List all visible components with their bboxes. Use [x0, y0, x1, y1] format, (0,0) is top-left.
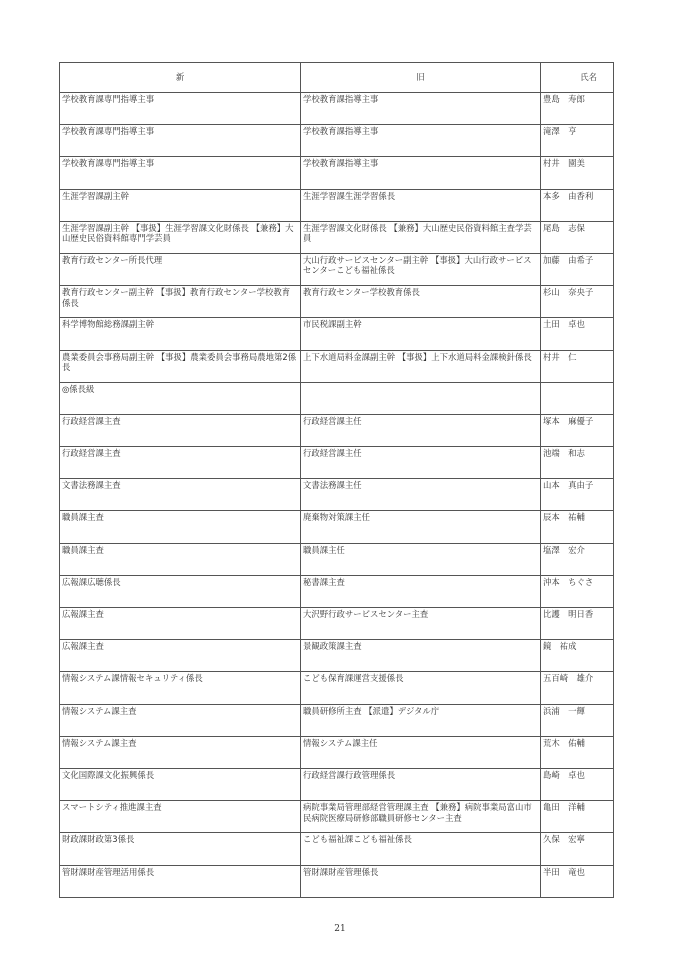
cell-name: 半田 竜也 [541, 865, 614, 898]
cell-name: 本多 由香利 [541, 189, 614, 221]
cell-name: 比護 明日香 [541, 608, 614, 640]
cell-name: 池端 和志 [541, 447, 614, 479]
cell-new-position: 農業委員会事務局副主幹 【事扱】農業委員会事務局農地第2係長 [60, 350, 301, 382]
table-row: 行政経営課主査行政経営課主任池端 和志 [60, 447, 614, 479]
cell-new-position: 教育行政センター所長代理 [60, 253, 301, 285]
cell-new-position: 生涯学習課副主幹 [60, 189, 301, 221]
cell-new-position: 文化国際課文化振興係長 [60, 768, 301, 800]
cell-old-position: 市民税課副主幹 [301, 318, 541, 350]
cell-new-position: 広報課主査 [60, 608, 301, 640]
table-body: 学校教育課専門指導主事学校教育課指導主事豊島 寿郎学校教育課専門指導主事学校教育… [60, 93, 614, 898]
cell-new-position: 職員課主査 [60, 511, 301, 543]
cell-name: 山本 真由子 [541, 479, 614, 511]
cell-new-position: ◎係長級 [60, 382, 301, 414]
cell-old-position: 学校教育課指導主事 [301, 125, 541, 157]
header-old-position: 旧 [301, 63, 541, 93]
cell-old-position: 景観政策課主査 [301, 640, 541, 672]
page-number: 21 [0, 924, 680, 934]
cell-name: 久保 宏寧 [541, 833, 614, 865]
cell-old-position: 病院事業局管理部経営管理課主査 【兼務】病院事業局富山市民病院医療局研修部職員研… [301, 801, 541, 833]
cell-new-position: 行政経営課主査 [60, 414, 301, 446]
cell-old-position: 職員研修所主査 【派遣】デジタル庁 [301, 704, 541, 736]
cell-old-position: 上下水道局料金課副主幹 【事扱】上下水道局料金課検針係長 [301, 350, 541, 382]
cell-old-position: 行政経営課主任 [301, 447, 541, 479]
cell-new-position: スマートシティ推進課主査 [60, 801, 301, 833]
cell-name: 土田 卓也 [541, 318, 614, 350]
cell-new-position: 情報システム課主査 [60, 704, 301, 736]
table-row: 学校教育課専門指導主事学校教育課指導主事豊島 寿郎 [60, 93, 614, 125]
cell-name: 五百崎 雄介 [541, 672, 614, 704]
cell-name: 村井 仁 [541, 350, 614, 382]
cell-new-position: 学校教育課専門指導主事 [60, 93, 301, 125]
table-row: 情報システム課主査職員研修所主査 【派遣】デジタル庁浜浦 一輝 [60, 704, 614, 736]
cell-name: 鏡 祐成 [541, 640, 614, 672]
cell-name: 尾島 志保 [541, 221, 614, 253]
table-row: 教育行政センター副主幹 【事扱】教育行政センター学校教育係長教育行政センター学校… [60, 286, 614, 318]
cell-old-position: 教育行政センター学校教育係長 [301, 286, 541, 318]
header-new-position: 新 [60, 63, 301, 93]
cell-old-position: 行政経営課主任 [301, 414, 541, 446]
cell-old-position: 行政経営課行政管理係長 [301, 768, 541, 800]
cell-new-position: 情報システム課情報セキュリティ係長 [60, 672, 301, 704]
cell-new-position: 科学博物館総務課副主幹 [60, 318, 301, 350]
cell-new-position: 広報課主査 [60, 640, 301, 672]
cell-new-position: 管財課財産管理活用係長 [60, 865, 301, 898]
cell-name: 村井 園美 [541, 157, 614, 189]
cell-name [541, 382, 614, 414]
table-row: 生涯学習課副主幹 【事扱】生涯学習課文化財係長 【兼務】大山歴史民俗資料館専門学… [60, 221, 614, 253]
cell-old-position [301, 382, 541, 414]
table-row: 文化国際課文化振興係長行政経営課行政管理係長島崎 卓也 [60, 768, 614, 800]
cell-old-position: 大沢野行政サービスセンター主査 [301, 608, 541, 640]
cell-name: 辰本 祐輔 [541, 511, 614, 543]
table-row: 広報課主査大沢野行政サービスセンター主査比護 明日香 [60, 608, 614, 640]
table-row: ◎係長級 [60, 382, 614, 414]
table-row: 情報システム課主査情報システム課主任荒木 佑輔 [60, 736, 614, 768]
table-row: 管財課財産管理活用係長管財課財産管理係長半田 竜也 [60, 865, 614, 898]
cell-new-position: 学校教育課専門指導主事 [60, 125, 301, 157]
cell-new-position: 職員課主査 [60, 543, 301, 575]
table-row: 広報課主査景観政策課主査鏡 祐成 [60, 640, 614, 672]
cell-name: 沖本 ちぐさ [541, 575, 614, 607]
table-row: 職員課主査職員課主任塩澤 宏介 [60, 543, 614, 575]
cell-name: 塚本 麻優子 [541, 414, 614, 446]
table-row: 学校教育課専門指導主事学校教育課指導主事村井 園美 [60, 157, 614, 189]
cell-old-position: こども福祉課こども福祉係長 [301, 833, 541, 865]
personnel-changes-table: 新 旧 氏名 学校教育課専門指導主事学校教育課指導主事豊島 寿郎学校教育課専門指… [59, 62, 614, 898]
table-row: スマートシティ推進課主査病院事業局管理部経営管理課主査 【兼務】病院事業局富山市… [60, 801, 614, 833]
cell-new-position: 財政課財政第3係長 [60, 833, 301, 865]
cell-old-position: 廃棄物対策課主任 [301, 511, 541, 543]
table-row: 広報課広聴係長秘書課主査沖本 ちぐさ [60, 575, 614, 607]
cell-old-position: 生涯学習課生涯学習係長 [301, 189, 541, 221]
cell-old-position: こども保育課運営支援係長 [301, 672, 541, 704]
cell-new-position: 文書法務課主査 [60, 479, 301, 511]
cell-new-position: 教育行政センター副主幹 【事扱】教育行政センター学校教育係長 [60, 286, 301, 318]
table-row: 財政課財政第3係長こども福祉課こども福祉係長久保 宏寧 [60, 833, 614, 865]
table-row: 行政経営課主査行政経営課主任塚本 麻優子 [60, 414, 614, 446]
table-header-row: 新 旧 氏名 [60, 63, 614, 93]
cell-old-position: 情報システム課主任 [301, 736, 541, 768]
table-row: 文書法務課主査文書法務課主任山本 真由子 [60, 479, 614, 511]
cell-old-position: 大山行政サービスセンター副主幹 【事扱】大山行政サービスセンターこども福祉係長 [301, 253, 541, 285]
cell-old-position: 学校教育課指導主事 [301, 157, 541, 189]
cell-name: 豊島 寿郎 [541, 93, 614, 125]
cell-name: 滝澤 亨 [541, 125, 614, 157]
table-row: 職員課主査廃棄物対策課主任辰本 祐輔 [60, 511, 614, 543]
cell-name: 加藤 由希子 [541, 253, 614, 285]
cell-name: 亀田 洋輔 [541, 801, 614, 833]
cell-name: 塩澤 宏介 [541, 543, 614, 575]
cell-name: 島崎 卓也 [541, 768, 614, 800]
cell-old-position: 学校教育課指導主事 [301, 93, 541, 125]
table-row: 教育行政センター所長代理大山行政サービスセンター副主幹 【事扱】大山行政サービス… [60, 253, 614, 285]
table-row: 学校教育課専門指導主事学校教育課指導主事滝澤 亨 [60, 125, 614, 157]
cell-name: 浜浦 一輝 [541, 704, 614, 736]
cell-new-position: 学校教育課専門指導主事 [60, 157, 301, 189]
table-row: 生涯学習課副主幹生涯学習課生涯学習係長本多 由香利 [60, 189, 614, 221]
table-row: 情報システム課情報セキュリティ係長こども保育課運営支援係長五百崎 雄介 [60, 672, 614, 704]
cell-old-position: 生涯学習課文化財係長 【兼務】大山歴史民俗資料館主査学芸員 [301, 221, 541, 253]
cell-name: 杉山 奈央子 [541, 286, 614, 318]
cell-name: 荒木 佑輔 [541, 736, 614, 768]
cell-old-position: 秘書課主査 [301, 575, 541, 607]
cell-old-position: 管財課財産管理係長 [301, 865, 541, 898]
table-row: 科学博物館総務課副主幹市民税課副主幹土田 卓也 [60, 318, 614, 350]
cell-new-position: 生涯学習課副主幹 【事扱】生涯学習課文化財係長 【兼務】大山歴史民俗資料館専門学… [60, 221, 301, 253]
cell-old-position: 文書法務課主任 [301, 479, 541, 511]
header-name: 氏名 [541, 63, 614, 93]
cell-new-position: 広報課広聴係長 [60, 575, 301, 607]
table-row: 農業委員会事務局副主幹 【事扱】農業委員会事務局農地第2係長上下水道局料金課副主… [60, 350, 614, 382]
cell-old-position: 職員課主任 [301, 543, 541, 575]
cell-new-position: 情報システム課主査 [60, 736, 301, 768]
cell-new-position: 行政経営課主査 [60, 447, 301, 479]
